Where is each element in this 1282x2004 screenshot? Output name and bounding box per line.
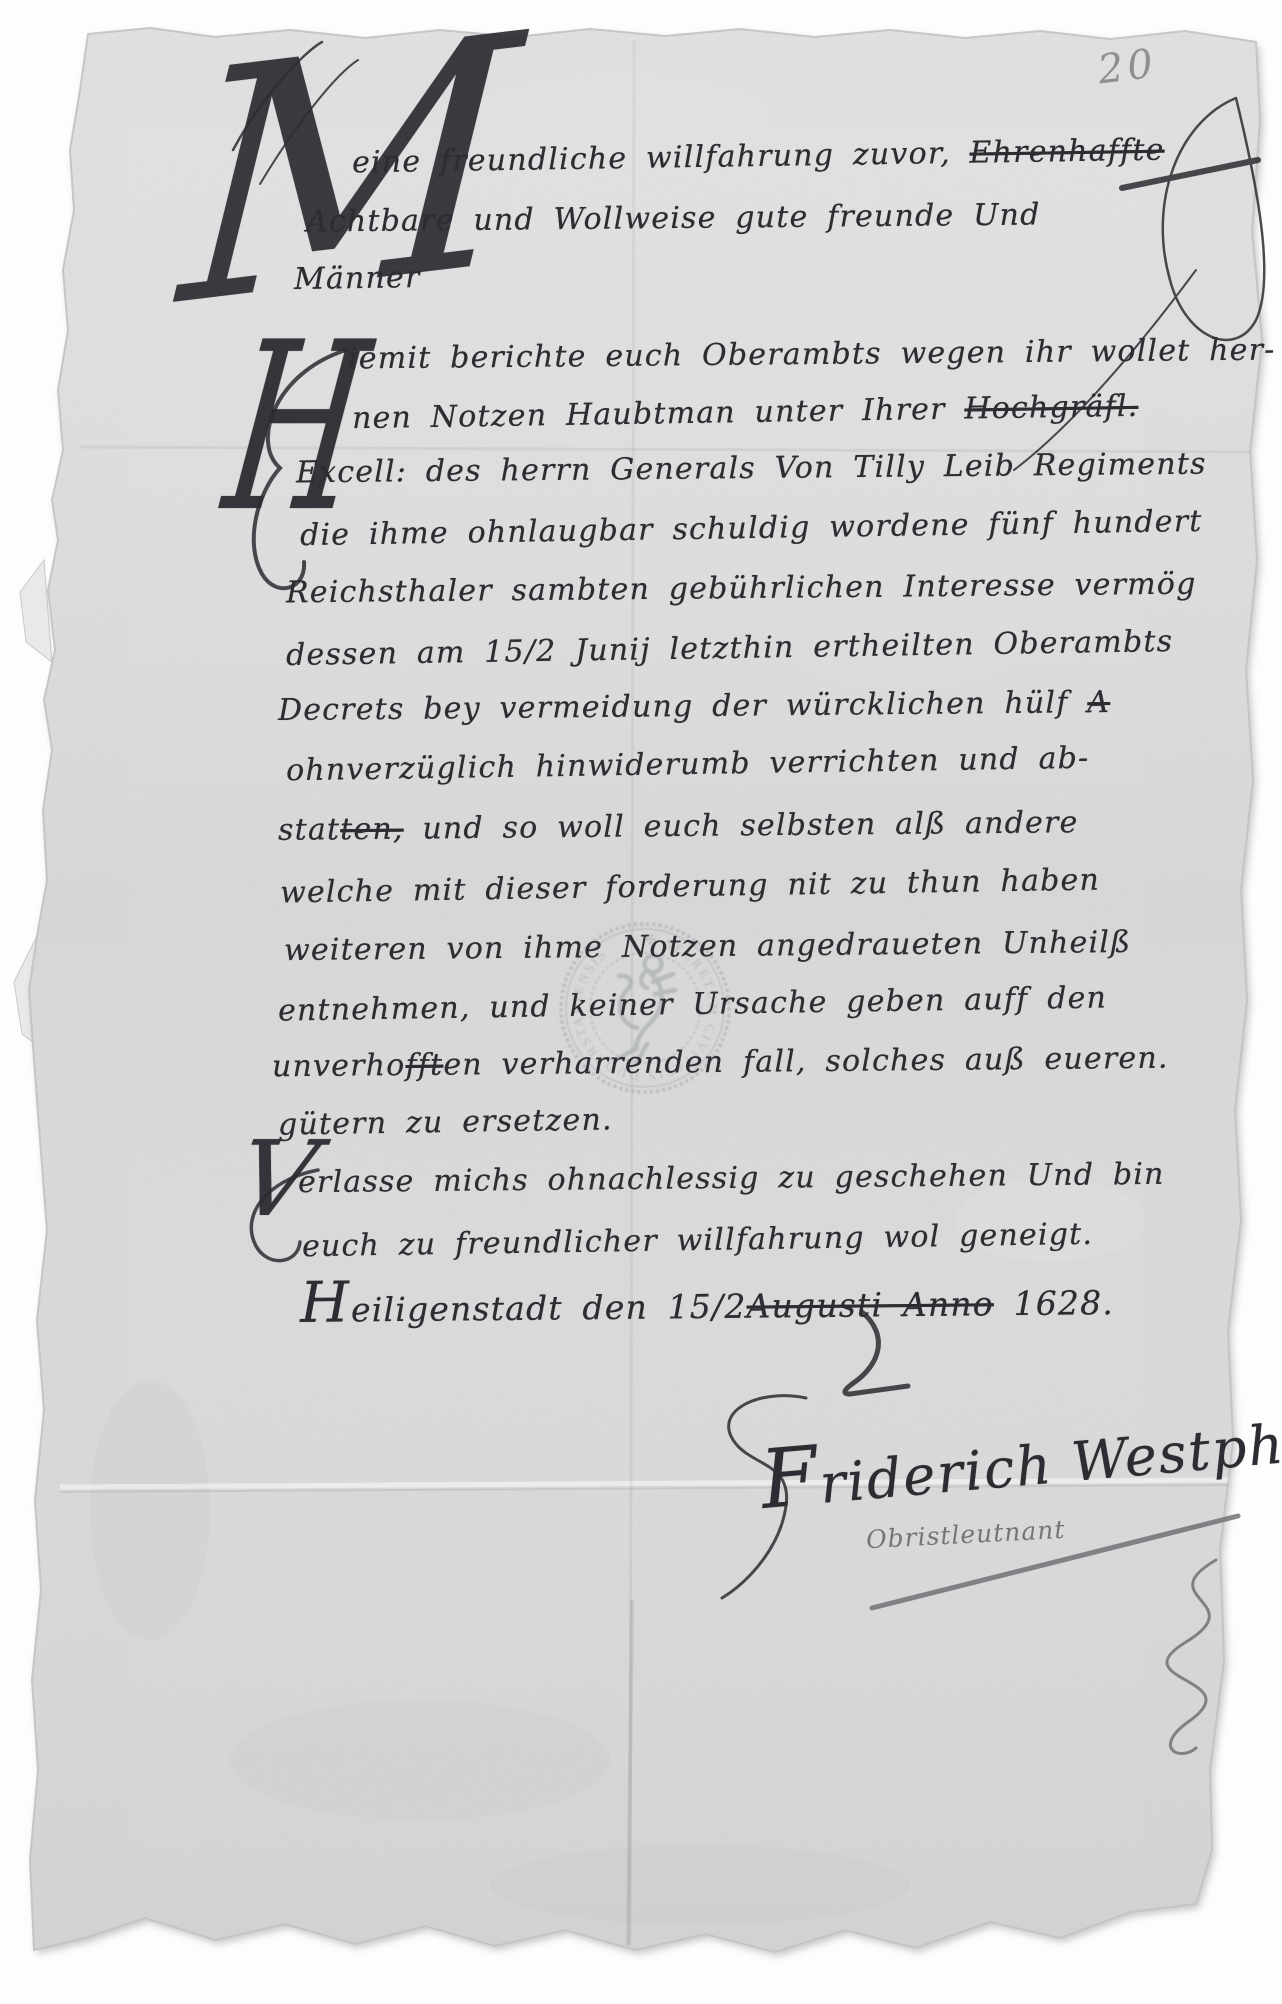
line-text: ohnverzüglich hinwiderumb verrichten und…: [286, 741, 1090, 789]
date-line: Heiligenstadt den 15/2 Augusti Anno 1628…: [300, 1268, 1114, 1332]
line-text: unverho: [272, 1048, 406, 1084]
struck-text: Augusti Anno: [746, 1284, 994, 1325]
line-text: Achtbare und Wollweise gute freunde Und: [306, 197, 1041, 239]
line-text: gütern zu ersetzen.: [278, 1102, 613, 1142]
line-text: Heiligenstadt den 15/2: [300, 1272, 747, 1332]
line-text: erlasse michs ohnachlessig zu geschehen …: [298, 1157, 1165, 1200]
line-text: Excell: des herrn Generals Von Tilly Lei…: [296, 447, 1207, 491]
letter-line: weiteren von ihme Notzen angedraueten Un…: [284, 928, 1132, 966]
letter-line: iemit berichte euch Oberambts wegen ihr …: [348, 336, 1276, 375]
struck-text: Ehrenhaffte: [969, 133, 1165, 171]
letter-line: erlasse michs ohnachlessig zu geschehen …: [298, 1160, 1165, 1198]
letter-line: statten, und so woll euch selbsten alß a…: [278, 808, 1079, 846]
letter-line: die ihme ohnlaugbar schuldig wordene fün…: [300, 507, 1203, 551]
document-page: ✠ SECRETUM CIVITATIS DUDERSTADIENSIS 20 …: [0, 0, 1282, 2004]
line-text: und so woll euch selbsten alß andere: [404, 805, 1079, 846]
letter-line: nen Notzen Haubtman unter Ihrer Hochgräf…: [352, 392, 1139, 434]
line-text: euch zu freundlicher willfahrung wol gen…: [302, 1217, 1094, 1264]
letter-line: Männer: [294, 263, 421, 295]
line-text: Reichsthaler sambten gebührlichen Intere…: [286, 567, 1197, 611]
signature-rank: Obristleutnant: [865, 1515, 1066, 1554]
line-text: die ihme ohnlaugbar schuldig wordene fün…: [300, 504, 1203, 553]
struck-text: Hochgräfl.: [964, 389, 1139, 427]
line-text: nen Notzen Haubtman unter Ihrer: [352, 392, 965, 437]
struck-text: ten,: [340, 812, 404, 848]
letter-line: Excell: des herrn Generals Von Tilly Lei…: [296, 450, 1207, 489]
line-text: 1628.: [994, 1283, 1115, 1323]
letter-line: euch zu freundlicher willfahrung wol gen…: [302, 1220, 1094, 1262]
letter-line: Achtbare und Wollweise gute freunde Und: [306, 200, 1041, 237]
struck-text: A: [1087, 685, 1110, 720]
line-text: weiteren von ihme Notzen angedraueten Un…: [284, 925, 1132, 968]
letter-line: welche mit dieser forderung nit zu thun …: [280, 866, 1100, 909]
page-number: 20: [1095, 41, 1159, 94]
line-text: welche mit dieser forderung nit zu thun …: [280, 863, 1101, 911]
letter-line: unverhofften verharrenden fall, solches …: [272, 1044, 1169, 1083]
line-text: Männer: [294, 260, 421, 297]
line-text: iemit berichte euch Oberambts wegen ihr …: [348, 333, 1276, 377]
handwriting-layer: 20 M H V eine freundliche willfahrung zu…: [0, 0, 1282, 2004]
letter-line: gütern zu ersetzen.: [278, 1105, 613, 1140]
letter-line: entnehmen, und keiner Ursache geben auff…: [278, 983, 1107, 1026]
signature-name: Friderich Westphall: [757, 1382, 1282, 1528]
line-text: stat: [278, 812, 341, 848]
letter-line: Decrets bey vermeidung der würcklichen h…: [278, 688, 1110, 726]
letter-line: ohnverzüglich hinwiderumb verrichten und…: [286, 744, 1090, 787]
line-text: entnehmen, und keiner Ursache geben auff…: [278, 980, 1108, 1028]
line-text: dessen am 15/2 Junij letzthin ertheilten…: [286, 624, 1174, 673]
struck-text: fft: [405, 1048, 443, 1083]
line-text: Decrets bey vermeidung der würcklichen h…: [278, 685, 1088, 728]
letter-line: Reichsthaler sambten gebührlichen Intere…: [286, 570, 1197, 609]
line-text: en verharrenden fall, solches auß eueren…: [443, 1041, 1169, 1083]
letter-line: dessen am 15/2 Junij letzthin ertheilten…: [286, 627, 1174, 671]
